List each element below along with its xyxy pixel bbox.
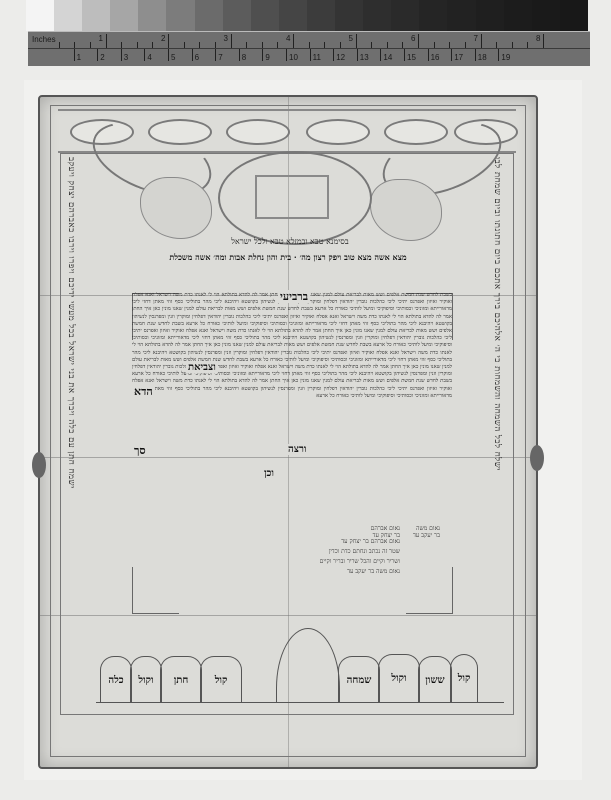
ruler-tick (231, 34, 232, 48)
ruler-tick (404, 49, 405, 61)
ruler-cm-label: 13 (360, 53, 369, 62)
ruler-tick (418, 34, 419, 48)
ruler-tick (121, 49, 122, 61)
ruler-tick (357, 49, 358, 61)
ruler-tick (293, 34, 294, 48)
ruler-unit-label: Inches (32, 35, 56, 44)
keyword-section: וצביאת (186, 362, 218, 373)
signature-line: נאום משה בר יעקב עד (230, 567, 400, 577)
signature-line: נאום אברהם בר יצחק עד (230, 537, 400, 547)
ruler-tick (106, 34, 107, 48)
ruler-minor-tick (137, 42, 138, 48)
arch-panel: כלה (100, 656, 132, 703)
gray-swatch (363, 0, 391, 31)
body-text-paragraph: בשבת לחדש שנת חמשת אלפים ושש מאות לבריאת… (132, 378, 452, 398)
gray-swatch (166, 0, 194, 31)
gray-swatch (223, 0, 251, 31)
ruler-cm-row: 12345678910111213141516171819 (28, 49, 590, 66)
gray-swatch (391, 0, 419, 31)
ruler-tick (356, 34, 357, 48)
side-border-text-right: ישלח לכל השמחה והשמחות כי ה׳ אלהיכם בירך… (492, 157, 502, 597)
ruler-minor-tick (340, 42, 341, 48)
arch-panel: קול (450, 654, 478, 703)
ruler-tick (333, 49, 334, 61)
gray-swatch (307, 0, 335, 31)
ruler-tick (310, 49, 311, 61)
arch-word: ששון (425, 675, 444, 686)
bottom-arcade: כלה וקול חתן קול שמחה וקול ששון קול (100, 643, 500, 703)
ruler-tick (286, 49, 287, 61)
gray-swatch (251, 0, 279, 31)
ruler-minor-tick (387, 42, 388, 48)
ruler-cm-label: 17 (454, 53, 463, 62)
ruler-cm-label: 14 (383, 53, 392, 62)
signature-block: נאום אברהם בר יצחק עד שטר זה נכתב ונחתם … (230, 537, 400, 577)
gray-swatch (560, 0, 588, 31)
arch-word: חתן (174, 675, 189, 686)
ruler-tick (262, 49, 263, 61)
ruler-minor-tick (465, 42, 466, 48)
ruler-cm-label: 10 (289, 53, 298, 62)
ruler-minor-tick (434, 42, 435, 48)
keyword-section: סך (132, 444, 148, 457)
keyword-section: וכן (262, 468, 276, 479)
ruler-tick (74, 49, 75, 61)
ruler-tick (97, 49, 98, 61)
ruler-cm-label: 6 (195, 53, 199, 62)
ruler-minor-tick (246, 42, 247, 48)
ruler-tick (215, 49, 216, 61)
ruler-cm-label: 18 (478, 53, 487, 62)
ruler-tick (192, 49, 193, 61)
signature-line: ושריר וקיים והכל שריר ובריר וקיים (230, 557, 400, 567)
grayscale-calibration-strip (26, 0, 588, 31)
medallion-arc-inscription: בסימנא טבא ובמזלא טבא ולכל ישראל (190, 237, 390, 246)
ruler-inch-row: Inches 12345678 (28, 32, 590, 49)
ruler-minor-tick (74, 42, 75, 48)
ruler-inch-label: 8 (536, 34, 540, 43)
ruler-cm-label: 2 (100, 53, 104, 62)
ruler-tick (380, 49, 381, 61)
gray-swatch (335, 0, 363, 31)
gray-swatch (138, 0, 166, 31)
gray-swatch (447, 0, 475, 31)
ruler-minor-tick (152, 42, 153, 48)
central-medallion (218, 151, 372, 245)
ruler-cm-label: 11 (313, 53, 321, 62)
arch-panel: חתן (160, 656, 202, 703)
ketubah-body-text: בשבת לחדש שנת חמשת אלפים ושש מאות לבריאת… (132, 292, 452, 522)
ruler-minor-tick (90, 42, 91, 48)
corner-ornament (132, 567, 179, 614)
ruler-minor-tick (496, 42, 497, 48)
frieze-oval (306, 119, 370, 145)
medallion-emblem (255, 175, 329, 219)
ruler-inch-label: 2 (161, 34, 165, 43)
ruler-tick (475, 49, 476, 61)
ruler-inch-label: 3 (224, 34, 228, 43)
ruler-inch-label: 7 (474, 34, 478, 43)
ruler-tick (168, 49, 169, 61)
ruler-cm-label: 15 (407, 53, 416, 62)
ruler-minor-tick (121, 42, 122, 48)
keyword-section: הדא (132, 385, 155, 398)
arch-panel: וקול (378, 654, 420, 703)
ruler-cm-label: 5 (171, 53, 175, 62)
witness-signature: נאום משה בר יעקב עד (410, 525, 440, 539)
gray-swatch (110, 0, 138, 31)
ruler-inch-label: 6 (411, 34, 415, 43)
gray-swatch (504, 0, 532, 31)
ruler-minor-tick (199, 42, 200, 48)
arch-word: וקול (391, 673, 406, 684)
ruler-minor-tick (371, 42, 372, 48)
ruler-inch-label: 5 (349, 34, 353, 43)
ruler-tick (498, 49, 499, 61)
ruler-cm-label: 3 (124, 53, 128, 62)
ruler-tick (428, 49, 429, 61)
gray-swatch (532, 0, 560, 31)
edge-tab-left (32, 452, 46, 478)
corner-ornament (406, 567, 453, 614)
arch-word: כלה (108, 675, 123, 686)
gray-swatch (279, 0, 307, 31)
ruler-tick (481, 34, 482, 48)
arch-panel: שמחה (338, 656, 380, 703)
arch-panel: ששון (418, 656, 452, 703)
ruler-tick (451, 49, 452, 61)
arch-word: קול (458, 673, 471, 684)
gray-swatch (26, 0, 54, 31)
ruler-minor-tick (277, 42, 278, 48)
side-border-text-left: ישמח חתן עם כלה ויברך את בני ישראל בכל מ… (66, 157, 76, 597)
top-blessing-line: מצא אשה מצא טוב ויפק רצון מה׳ · בית והון… (138, 252, 438, 262)
gray-swatch (82, 0, 110, 31)
ruler-cm-label: 16 (431, 53, 440, 62)
arch-panel: קול (200, 656, 242, 703)
ruler-minor-tick (527, 42, 528, 48)
arch-panel: וקול (130, 656, 162, 703)
measurement-ruler: Inches 12345678 123456789101112131415161… (28, 31, 590, 66)
keyword-section: ורצה (286, 444, 308, 455)
ruler-cm-label: 7 (218, 53, 222, 62)
ruler-minor-tick (402, 42, 403, 48)
gray-swatch (419, 0, 447, 31)
ruler-cm-label: 19 (501, 53, 510, 62)
ruler-inch-label: 4 (286, 34, 290, 43)
gray-swatch (195, 0, 223, 31)
ruler-minor-tick (184, 42, 185, 48)
ruler-tick (168, 34, 169, 48)
ruler-minor-tick (512, 42, 513, 48)
ruler-cm-label: 9 (265, 53, 269, 62)
ruler-minor-tick (324, 42, 325, 48)
ketubah-parchment: ישמח חתן עם כלה ויברך את בני ישראל בכל מ… (38, 95, 538, 769)
ruler-cm-label: 1 (77, 53, 81, 62)
ruler-tick (239, 49, 240, 61)
ruler-cm-label: 4 (147, 53, 151, 62)
signature-line: שטר זה נכתב ונחתם כדת וכדין (230, 547, 400, 557)
ruler-minor-tick (449, 42, 450, 48)
ruler-inch-label: 1 (99, 34, 103, 43)
arch-word: שמחה (347, 675, 372, 686)
keyword-opening: ברביעי (278, 290, 310, 303)
ruler-minor-tick (309, 42, 310, 48)
gray-swatch (54, 0, 82, 31)
ruler-cm-label: 8 (242, 53, 246, 62)
ruler-minor-tick (215, 42, 216, 48)
gray-swatch (476, 0, 504, 31)
ruler-tick (144, 49, 145, 61)
frieze-oval (226, 119, 290, 145)
ruler-minor-tick (262, 42, 263, 48)
edge-tab-right (530, 445, 544, 471)
ruler-minor-tick (59, 42, 60, 48)
ruler-cm-label: 12 (336, 53, 345, 62)
arch-word: קול (215, 675, 228, 686)
arch-word: וקול (138, 675, 153, 686)
ruler-tick (543, 34, 544, 48)
arcade-baseline (96, 702, 504, 703)
